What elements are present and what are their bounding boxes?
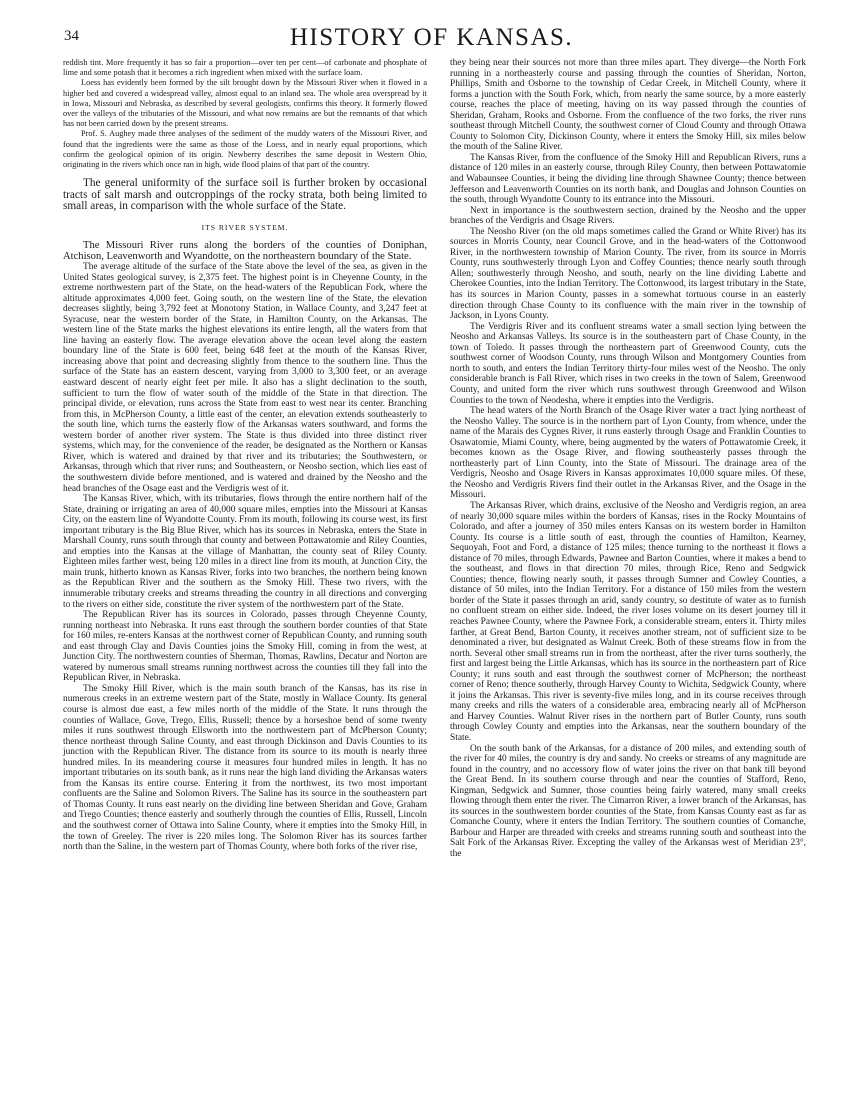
running-title: HISTORY OF KANSAS. — [0, 24, 863, 52]
body-paragraph: The Republican River has its sources in … — [63, 610, 427, 684]
section-first-paragraph: The Missouri River runs along the border… — [63, 240, 427, 262]
body-paragraph: The Smoky Hill River, which is the main … — [63, 684, 427, 853]
intro-block: The general uniformity of the surface so… — [63, 178, 427, 213]
continued-paragraph: they being near their sources not more t… — [450, 58, 806, 153]
footnote-paragraph: reddish tint. More frequently it has so … — [63, 58, 427, 78]
left-body: The average altitude of the surface of t… — [63, 262, 427, 853]
body-paragraph: Next in importance is the southwestern s… — [450, 206, 806, 227]
left-column: reddish tint. More frequently it has so … — [63, 58, 427, 853]
footnote-paragraph: Prof. S. Aughey made three analyses of t… — [63, 129, 427, 170]
footnote-block: reddish tint. More frequently it has so … — [63, 58, 427, 170]
footnote-paragraph: Loess has evidently been formed by the s… — [63, 78, 427, 129]
section-lead: The Missouri River runs along the border… — [63, 240, 427, 262]
right-body: they being near their sources not more t… — [450, 58, 806, 860]
body-paragraph: The Arkansas River, which drains, exclus… — [450, 501, 806, 744]
body-paragraph: The Kansas River, from the confluence of… — [450, 153, 806, 206]
body-paragraph: The Neosho River (on the old maps someti… — [450, 227, 806, 322]
body-paragraph: The Verdigris River and its confluent st… — [450, 322, 806, 406]
intro-paragraph: The general uniformity of the surface so… — [63, 178, 427, 213]
body-paragraph: The Kansas River, which, with its tribut… — [63, 494, 427, 610]
right-column: they being near their sources not more t… — [450, 58, 806, 860]
body-paragraph: The head waters of the North Branch of t… — [450, 406, 806, 501]
body-paragraph: The average altitude of the surface of t… — [63, 262, 427, 494]
section-heading: ITS RIVER SYSTEM. — [63, 223, 427, 232]
body-paragraph: On the south bank of the Arkansas, for a… — [450, 744, 806, 860]
